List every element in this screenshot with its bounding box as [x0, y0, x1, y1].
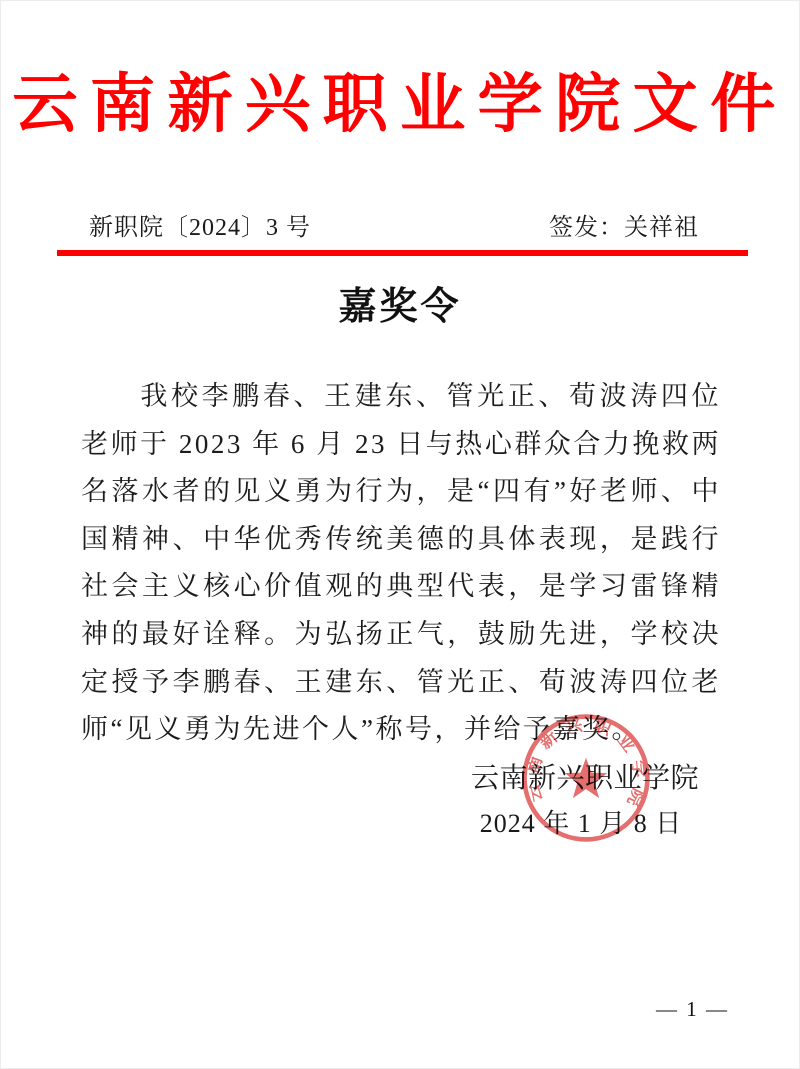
page-number: — 1 — [656, 997, 729, 1021]
signature-block: 云南新兴职业学院 2024 年 1 月 8 日 [471, 763, 691, 839]
letterhead-title: 云南新兴职业学院文件 [0, 69, 800, 141]
document-body-paragraph: 我校李鹏春、王建东、管光正、荀波涛四位老师于 2023 年 6 月 23 日与热… [81, 373, 721, 754]
doc-number: 新职院〔2024〕3 号 [89, 212, 311, 244]
issuer-label: 签发：关祥祖 [549, 212, 699, 244]
red-divider-rule [57, 250, 748, 256]
signature-organization: 云南新兴职业学院 [471, 763, 691, 795]
document-title: 嘉奖令 [1, 285, 799, 329]
signature-date: 2024 年 1 月 8 日 [471, 809, 691, 839]
official-document-page: 云南新兴职业学院文件 新职院〔2024〕3 号 签发：关祥祖 嘉奖令 我校李鹏春… [0, 0, 800, 1069]
doc-info-row: 新职院〔2024〕3 号 签发：关祥祖 [89, 212, 699, 244]
